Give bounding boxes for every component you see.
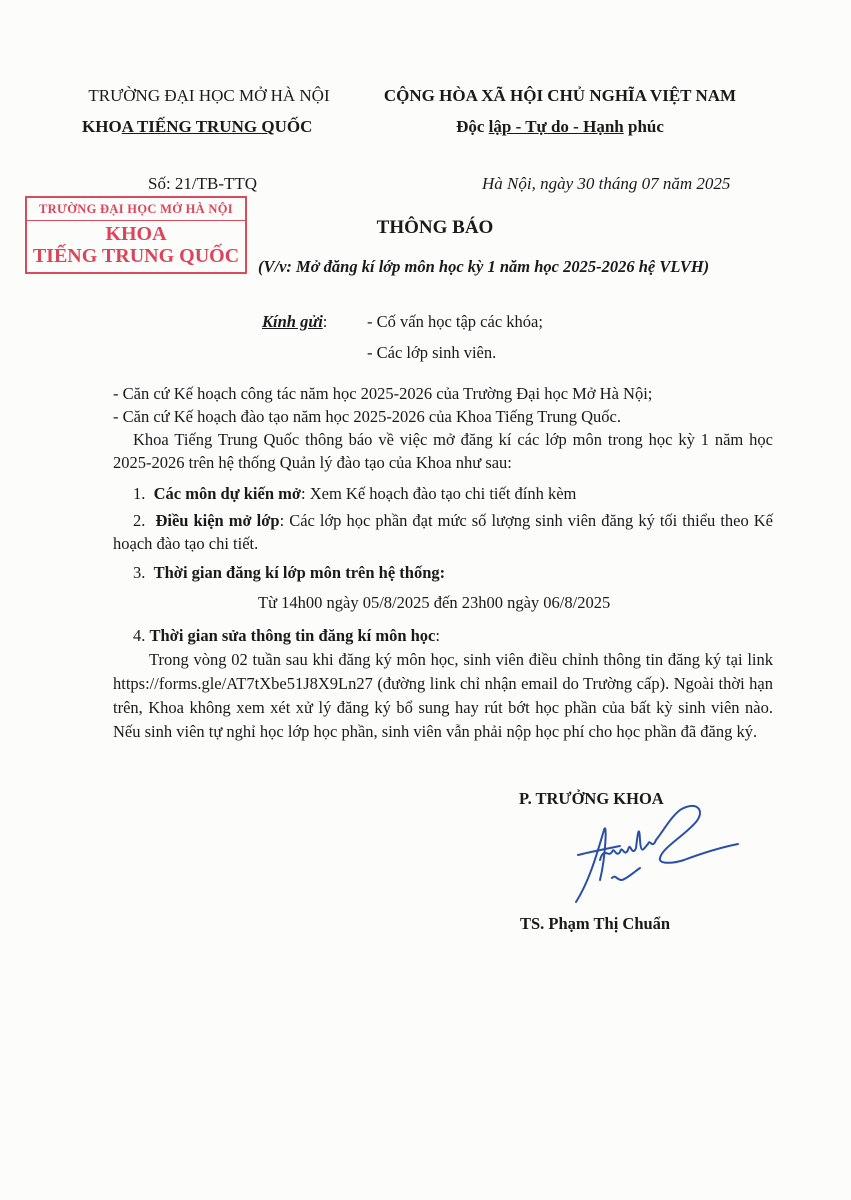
- item-number: 3.: [133, 563, 145, 582]
- document-number: Số: 21/TB-TTQ: [148, 174, 257, 194]
- item-1: 1. Các môn dự kiến mở: Xem Kế hoạch đào …: [133, 482, 793, 505]
- item-label: Điều kiện mở lớp: [155, 511, 279, 530]
- item-2: 2. Điều kiện mở lớp: Các lớp học phần đạ…: [113, 509, 773, 555]
- faculty-name-underlined: A TIẾNG TRUNG Q: [122, 117, 275, 136]
- recipient-item: - Các lớp sinh viên.: [367, 343, 496, 363]
- registration-period: Từ 14h00 ngày 05/8/2025 đến 23h00 ngày 0…: [258, 593, 610, 613]
- motto-underlined: lập - Tự do - Hạnh: [489, 117, 624, 136]
- motto-suffix: phúc: [624, 117, 664, 136]
- stamp-line-2: KHOA: [27, 223, 245, 245]
- item-number: 2.: [133, 511, 145, 530]
- item-number: 4.: [133, 626, 145, 645]
- stamp-line-1: TRƯỜNG ĐẠI HỌC MỞ HÀ NỘI: [27, 198, 245, 221]
- recipient-item: - Cố vấn học tập các khóa;: [367, 312, 543, 332]
- item-label: Các môn dự kiến mở: [154, 484, 301, 503]
- university-name: TRƯỜNG ĐẠI HỌC MỞ HÀ NỘI: [78, 86, 340, 106]
- item-label: Thời gian đăng kí lớp môn trên hệ thống:: [154, 563, 446, 582]
- edit-paragraph-text: Trong vòng 02 tuần sau khi đăng ký môn h…: [113, 650, 773, 741]
- country-name: CỘNG HÒA XÃ HỘI CHỦ NGHĨA VIỆT NAM: [350, 86, 770, 106]
- motto-prefix: Độc: [456, 117, 489, 136]
- basis-line-1: - Căn cứ Kế hoạch công tác năm học 2025-…: [113, 382, 773, 405]
- stamp-line-3: TIẾNG TRUNG QUỐC: [27, 245, 245, 267]
- intro-text: Khoa Tiếng Trung Quốc thông báo về việc …: [113, 430, 773, 472]
- item-3: 3. Thời gian đăng kí lớp môn trên hệ thố…: [133, 561, 793, 584]
- item-number: 1.: [133, 484, 145, 503]
- national-motto: Độc lập - Tự do - Hạnh phúc: [350, 117, 770, 137]
- recipients-label-colon: :: [323, 312, 328, 331]
- handwritten-signature-icon: [560, 800, 760, 910]
- intro-paragraph: Khoa Tiếng Trung Quốc thông báo về việc …: [113, 428, 773, 474]
- faculty-name-prefix: KHO: [82, 117, 122, 136]
- item-label: Thời gian sửa thông tin đăng kí môn học: [150, 626, 436, 645]
- item-text: :: [435, 626, 440, 645]
- recipients-label: Kính gửi:: [262, 312, 327, 332]
- item-text: : Xem Kế hoạch đào tạo chi tiết đính kèm: [301, 484, 576, 503]
- faculty-name: KHOA TIẾNG TRUNG QUỐC: [82, 117, 312, 137]
- faculty-name-suffix: UỐC: [275, 117, 313, 136]
- item-4: 4. Thời gian sửa thông tin đăng kí môn h…: [133, 624, 793, 647]
- notice-title: THÔNG BÁO: [260, 217, 610, 239]
- faculty-stamp: TRƯỜNG ĐẠI HỌC MỞ HÀ NỘI KHOA TIẾNG TRUN…: [25, 196, 247, 274]
- basis-line-2: - Căn cứ Kế hoạch đào tạo năm học 2025-2…: [113, 405, 773, 428]
- place-date: Hà Nội, ngày 30 tháng 07 năm 2025: [482, 174, 730, 194]
- notice-subtitle: (V/v: Mở đăng kí lớp môn học kỳ 1 năm họ…: [258, 257, 709, 277]
- edit-paragraph: Trong vòng 02 tuần sau khi đăng ký môn h…: [113, 648, 773, 744]
- recipients-label-text: Kính gửi: [262, 312, 323, 331]
- signer-name: TS. Phạm Thị Chuẩn: [520, 914, 670, 934]
